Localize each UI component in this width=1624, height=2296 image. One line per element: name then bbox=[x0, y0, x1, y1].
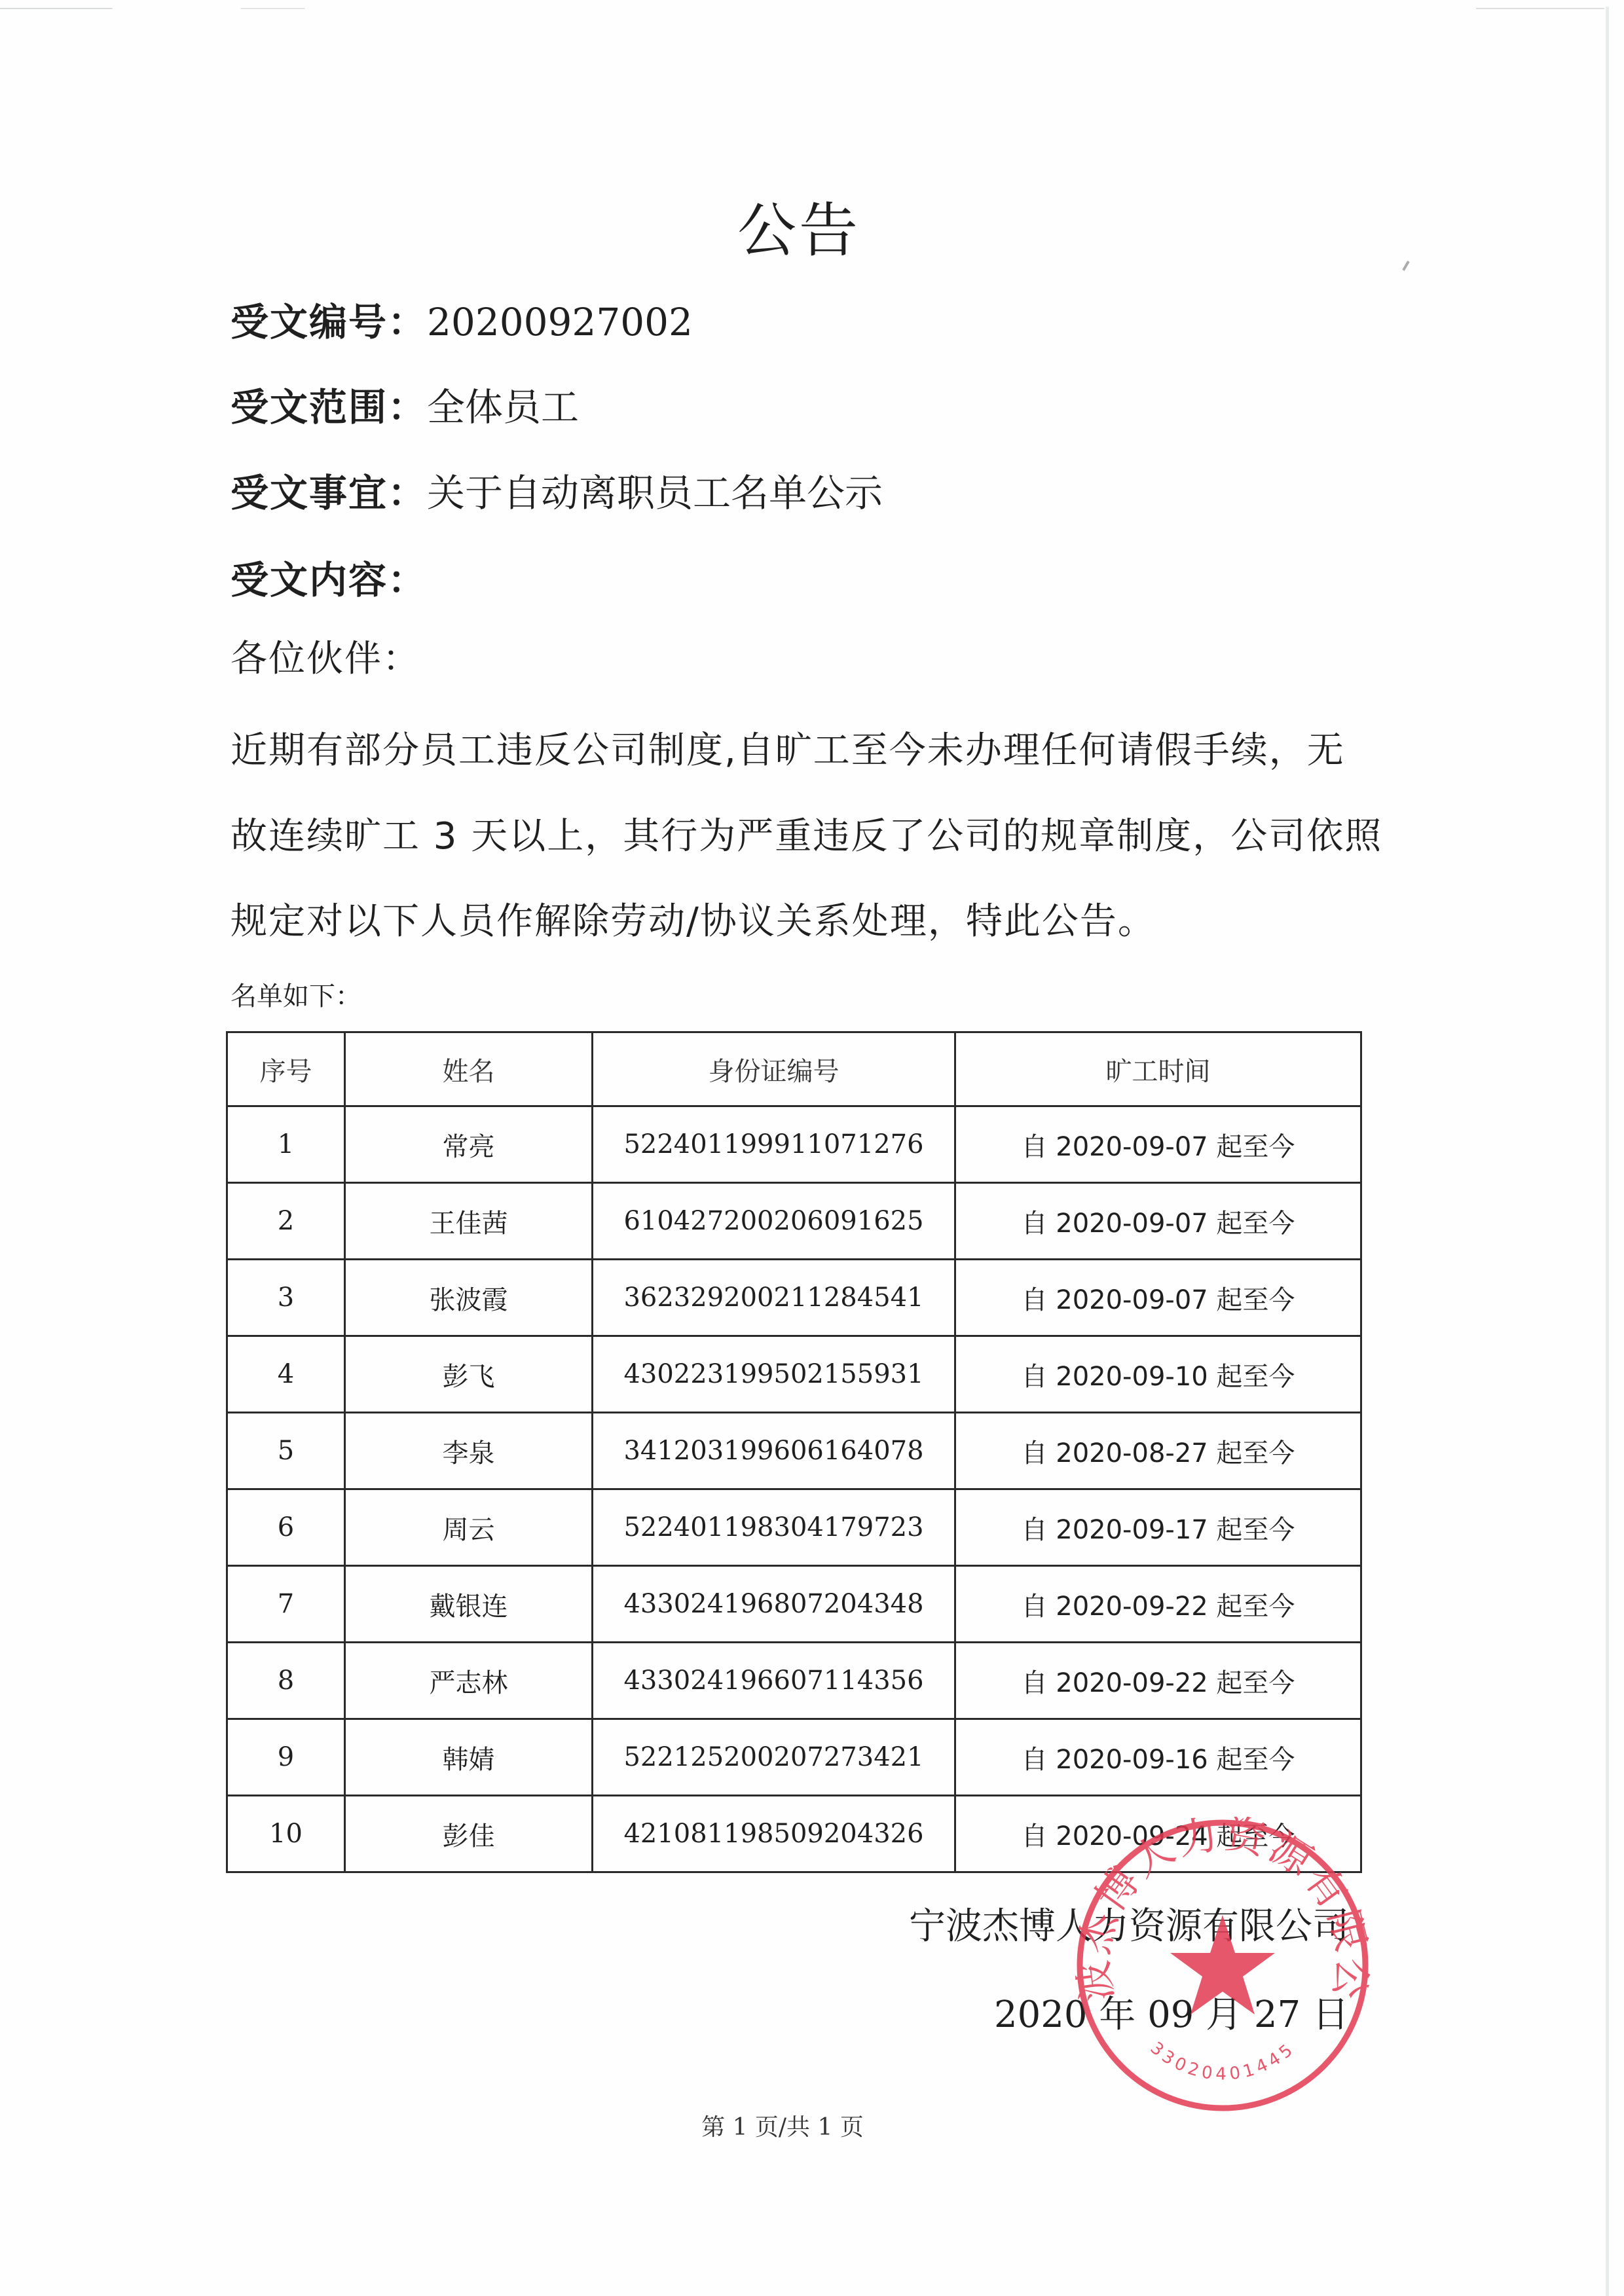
cell-name: 戴银连 bbox=[345, 1566, 593, 1643]
dismissal-table: 序号 姓名 身份证编号 旷工时间 1 常亮 522401199911071276… bbox=[226, 1031, 1362, 1873]
header-id: 身份证编号 bbox=[593, 1032, 955, 1106]
cell-no: 5 bbox=[227, 1413, 345, 1489]
scan-edge-artifact bbox=[0, 8, 1604, 9]
list-caption: 名单如下： bbox=[231, 980, 361, 1013]
cell-absent: 自 2020-09-07 起至今 bbox=[955, 1106, 1361, 1183]
table-row: 8 严志林 433024196607114356 自 2020-09-22 起至… bbox=[227, 1643, 1361, 1719]
header-absent: 旷工时间 bbox=[955, 1032, 1361, 1106]
field-doc-number: 受文编号：20200927002 bbox=[231, 299, 693, 345]
cell-name: 彭飞 bbox=[345, 1336, 593, 1413]
cell-absent: 自 2020-09-07 起至今 bbox=[955, 1183, 1361, 1260]
cell-name: 韩婧 bbox=[345, 1719, 593, 1796]
field-scope: 受文范围：全体员工 bbox=[231, 384, 579, 430]
cell-no: 10 bbox=[227, 1796, 345, 1872]
page-footer: 第 1 页/共 1 页 bbox=[0, 2113, 1565, 2142]
field-value: 全体员工 bbox=[427, 385, 579, 429]
cell-name: 常亮 bbox=[345, 1106, 593, 1183]
cell-no: 3 bbox=[227, 1260, 345, 1336]
cell-name: 李泉 bbox=[345, 1413, 593, 1489]
cell-id: 362329200211284541 bbox=[593, 1260, 955, 1336]
cell-id: 610427200206091625 bbox=[593, 1183, 955, 1260]
table-row: 10 彭佳 421081198509204326 自 2020-09-24 起至… bbox=[227, 1796, 1361, 1872]
cell-absent: 自 2020-09-07 起至今 bbox=[955, 1260, 1361, 1336]
cell-no: 2 bbox=[227, 1183, 345, 1260]
table-row: 9 韩婧 522125200207273421 自 2020-09-16 起至今 bbox=[227, 1719, 1361, 1796]
signature-company: 宁波杰博人力资源有限公司 bbox=[909, 1904, 1349, 1950]
cell-id: 421081198509204326 bbox=[593, 1796, 955, 1872]
field-content: 受文内容： bbox=[231, 557, 427, 603]
cell-id: 433024196807204348 bbox=[593, 1566, 955, 1643]
field-label: 受文内容： bbox=[231, 558, 427, 602]
cell-absent: 自 2020-09-22 起至今 bbox=[955, 1566, 1361, 1643]
seal-code-text: 33020401445 bbox=[1147, 2038, 1300, 2084]
field-value: 关于自动离职员工名单公示 bbox=[427, 471, 883, 515]
cell-no: 8 bbox=[227, 1643, 345, 1719]
body-line: 规定对以下人员作解除劳动/协议关系处理，特此公告。 bbox=[231, 899, 1156, 945]
cell-no: 7 bbox=[227, 1566, 345, 1643]
field-value: 20200927002 bbox=[427, 300, 693, 344]
cell-absent: 自 2020-08-27 起至今 bbox=[955, 1413, 1361, 1489]
body-line: 故连续旷工 3 天以上，其行为严重违反了公司的规章制度，公司依照 bbox=[231, 814, 1382, 860]
cell-absent: 自 2020-09-22 起至今 bbox=[955, 1643, 1361, 1719]
cell-no: 4 bbox=[227, 1336, 345, 1413]
cell-absent: 自 2020-09-17 起至今 bbox=[955, 1489, 1361, 1566]
table-row: 4 彭飞 430223199502155931 自 2020-09-10 起至今 bbox=[227, 1336, 1361, 1413]
header-no: 序号 bbox=[227, 1032, 345, 1106]
body-line: 近期有部分员工违反公司制度,自旷工至今未办理任何请假手续，无 bbox=[231, 728, 1345, 774]
scan-edge-artifact bbox=[1606, 7, 1609, 2296]
field-label: 受文编号： bbox=[231, 300, 427, 344]
cell-absent: 自 2020-09-16 起至今 bbox=[955, 1719, 1361, 1796]
cell-absent: 自 2020-09-10 起至今 bbox=[955, 1336, 1361, 1413]
table-row: 7 戴银连 433024196807204348 自 2020-09-22 起至… bbox=[227, 1566, 1361, 1643]
cell-id: 522401198304179723 bbox=[593, 1489, 955, 1566]
cell-no: 6 bbox=[227, 1489, 345, 1566]
cell-name: 周云 bbox=[345, 1489, 593, 1566]
cell-name: 严志林 bbox=[345, 1643, 593, 1719]
cell-id: 522401199911071276 bbox=[593, 1106, 955, 1183]
field-subject: 受文事宜：关于自动离职员工名单公示 bbox=[231, 470, 883, 516]
cell-no: 1 bbox=[227, 1106, 345, 1183]
document-page: 公告 受文编号：20200927002 受文范围：全体员工 受文事宜：关于自动离… bbox=[0, 0, 1624, 2296]
document-title: 公告 bbox=[0, 195, 1598, 267]
cell-id: 522125200207273421 bbox=[593, 1719, 955, 1796]
cell-name: 张波霞 bbox=[345, 1260, 593, 1336]
table-row: 1 常亮 522401199911071276 自 2020-09-07 起至今 bbox=[227, 1106, 1361, 1183]
field-label: 受文范围： bbox=[231, 385, 427, 429]
table-row: 2 王佳茜 610427200206091625 自 2020-09-07 起至… bbox=[227, 1183, 1361, 1260]
cell-name: 彭佳 bbox=[345, 1796, 593, 1872]
svg-text:33020401445: 33020401445 bbox=[1147, 2038, 1300, 2084]
cell-name: 王佳茜 bbox=[345, 1183, 593, 1260]
header-name: 姓名 bbox=[345, 1032, 593, 1106]
table-row: 3 张波霞 362329200211284541 自 2020-09-07 起至… bbox=[227, 1260, 1361, 1336]
cell-id: 341203199606164078 bbox=[593, 1413, 955, 1489]
cell-no: 9 bbox=[227, 1719, 345, 1796]
cell-absent: 自 2020-09-24 起至今 bbox=[955, 1796, 1361, 1872]
cell-id: 430223199502155931 bbox=[593, 1336, 955, 1413]
field-label: 受文事宜： bbox=[231, 471, 427, 515]
table-header-row: 序号 姓名 身份证编号 旷工时间 bbox=[227, 1032, 1361, 1106]
signature-date: 2020 年 09 月 27 日 bbox=[994, 1992, 1349, 2038]
table-row: 5 李泉 341203199606164078 自 2020-08-27 起至今 bbox=[227, 1413, 1361, 1489]
salutation: 各位伙伴： bbox=[231, 636, 420, 682]
cell-id: 433024196607114356 bbox=[593, 1643, 955, 1719]
table-row: 6 周云 522401198304179723 自 2020-09-17 起至今 bbox=[227, 1489, 1361, 1566]
